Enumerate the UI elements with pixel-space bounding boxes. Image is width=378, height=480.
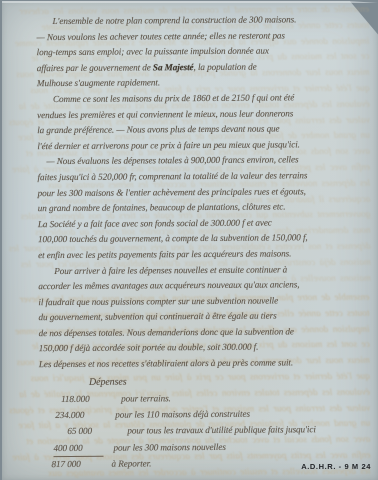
line-text: , la population de: [193, 61, 256, 71]
archive-stamp: A.D.H.R. - 9 M 24: [301, 462, 371, 471]
expense-amount: 400 000: [53, 441, 103, 458]
expense-label: pour les 110 maisons déjà construites: [115, 409, 250, 420]
expenses-section: Dépenses 118.000pour terrains. 234.000po…: [39, 372, 374, 473]
expense-amount: 118.000: [61, 391, 111, 407]
expense-amount: 817 000: [51, 457, 101, 473]
manuscript-line: Les dépenses et nos recettes s'établirai…: [39, 355, 373, 373]
line-text: affaires par le gouvernement de: [37, 62, 153, 73]
expense-label: à Reporter.: [112, 459, 152, 469]
expense-amount: 234.000: [55, 408, 105, 424]
expense-amount: 65 000: [67, 424, 117, 440]
expense-label: pour terrains.: [121, 393, 171, 403]
emphasized-text: Sa Majesté: [153, 62, 194, 72]
expense-label: pour les 300 maisons nouvelles: [113, 442, 225, 453]
document-photograph: ensemble de notre plan comprend la const…: [0, 0, 378, 480]
expense-label: pour tous les travaux d'utilité publique…: [127, 425, 316, 436]
manuscript-text: L'ensemble de notre plan comprend la con…: [36, 12, 373, 474]
paper-edge-highlight: [2, 1, 378, 3]
